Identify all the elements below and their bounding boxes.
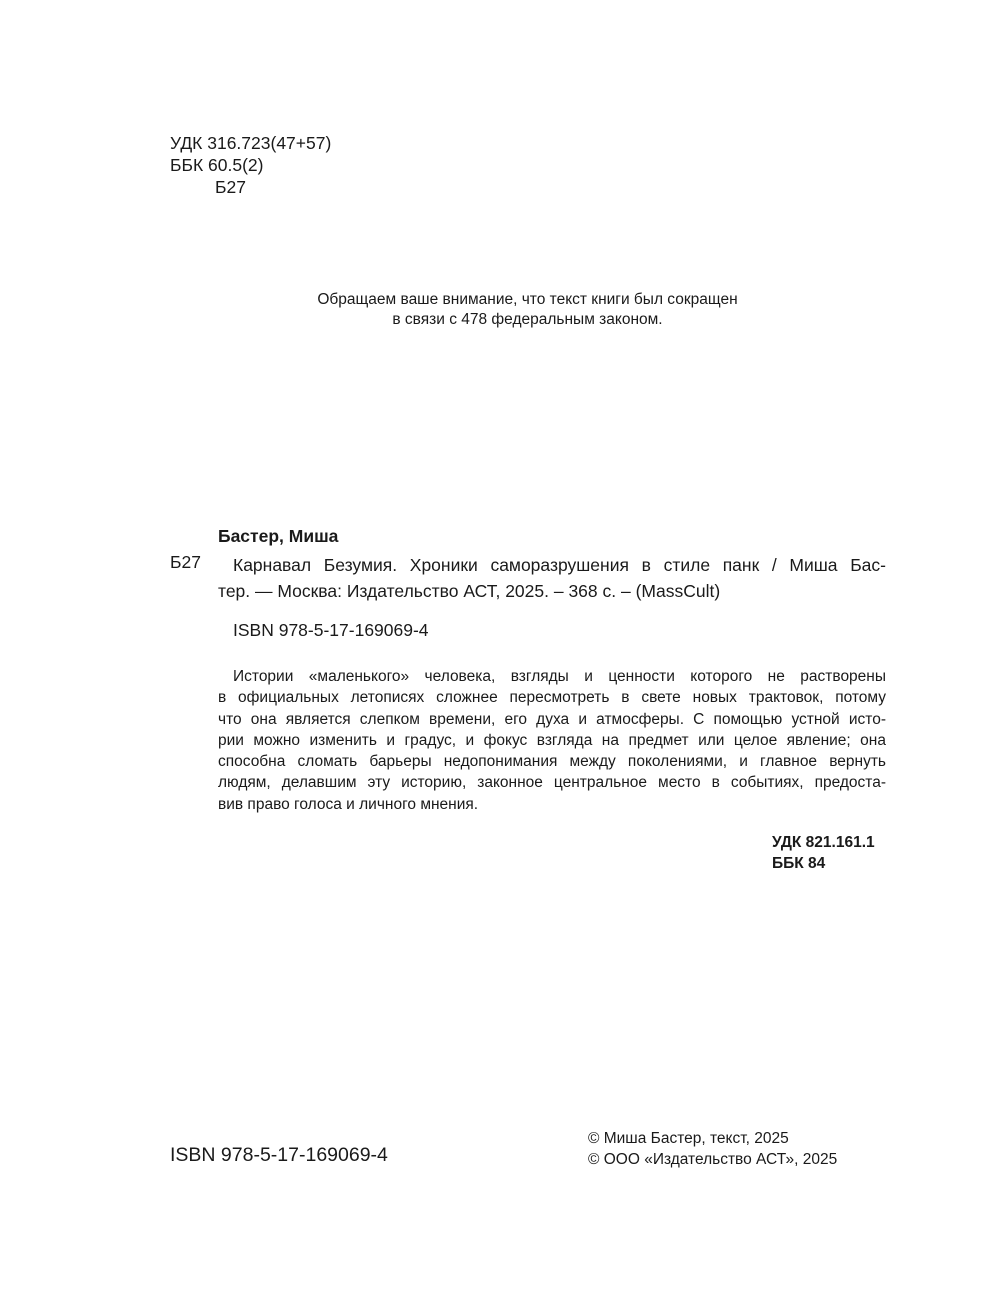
annotation-line: рии можно изменить и градус, и фокус взг… [218,730,886,751]
catalog-udk: УДК 821.161.1 [772,832,875,853]
copyright-author: © Миша Бастер, текст, 2025 [588,1128,837,1149]
copyright-block: © Миша Бастер, текст, 2025 © ООО «Издате… [588,1128,837,1170]
annotation-line: вив право голоса и личного мнения. [218,794,886,815]
description-line-1: Карнавал Безумия. Хроники саморазрушения… [218,552,886,578]
censorship-notice: Обращаем ваше внимание, что текст книги … [280,290,775,330]
bbk-code: ББК 60.5(2) [170,154,331,176]
notice-line-2: в связи с 478 федеральным законом. [280,310,775,330]
catalog-classification: УДК 821.161.1 ББК 84 [772,832,875,874]
annotation-line: способна сломать барьеры недопонимания м… [218,751,886,772]
catalog-author-mark: Б27 [170,552,201,573]
notice-line-1: Обращаем ваше внимание, что текст книги … [280,290,775,310]
footer-isbn: ISBN 978-5-17-169069-4 [170,1144,388,1167]
catalog-author: Бастер, Миша [218,526,338,547]
copyright-publisher: © ООО «Издательство АСТ», 2025 [588,1149,837,1170]
annotation-line: людям, делавшим эту историю, законное це… [218,772,886,793]
bibliographic-description: Карнавал Безумия. Хроники саморазрушения… [218,552,886,604]
catalog-bbk: ББК 84 [772,853,875,874]
udk-code: УДК 316.723(47+57) [170,132,331,154]
annotation: Истории «маленького» человека, взгляды и… [218,666,886,815]
author-mark: Б27 [170,176,331,198]
annotation-line: в официальных летописях сложнее пересмот… [218,687,886,708]
annotation-line: Истории «маленького» человека, взгляды и… [218,666,886,687]
description-line-2: тер. — Москва: Издательство АСТ, 2025. –… [218,578,886,604]
annotation-line: что она является слепком времени, его ду… [218,709,886,730]
catalog-isbn: ISBN 978-5-17-169069-4 [233,620,429,641]
classification-block: УДК 316.723(47+57) ББК 60.5(2) Б27 [170,132,331,198]
